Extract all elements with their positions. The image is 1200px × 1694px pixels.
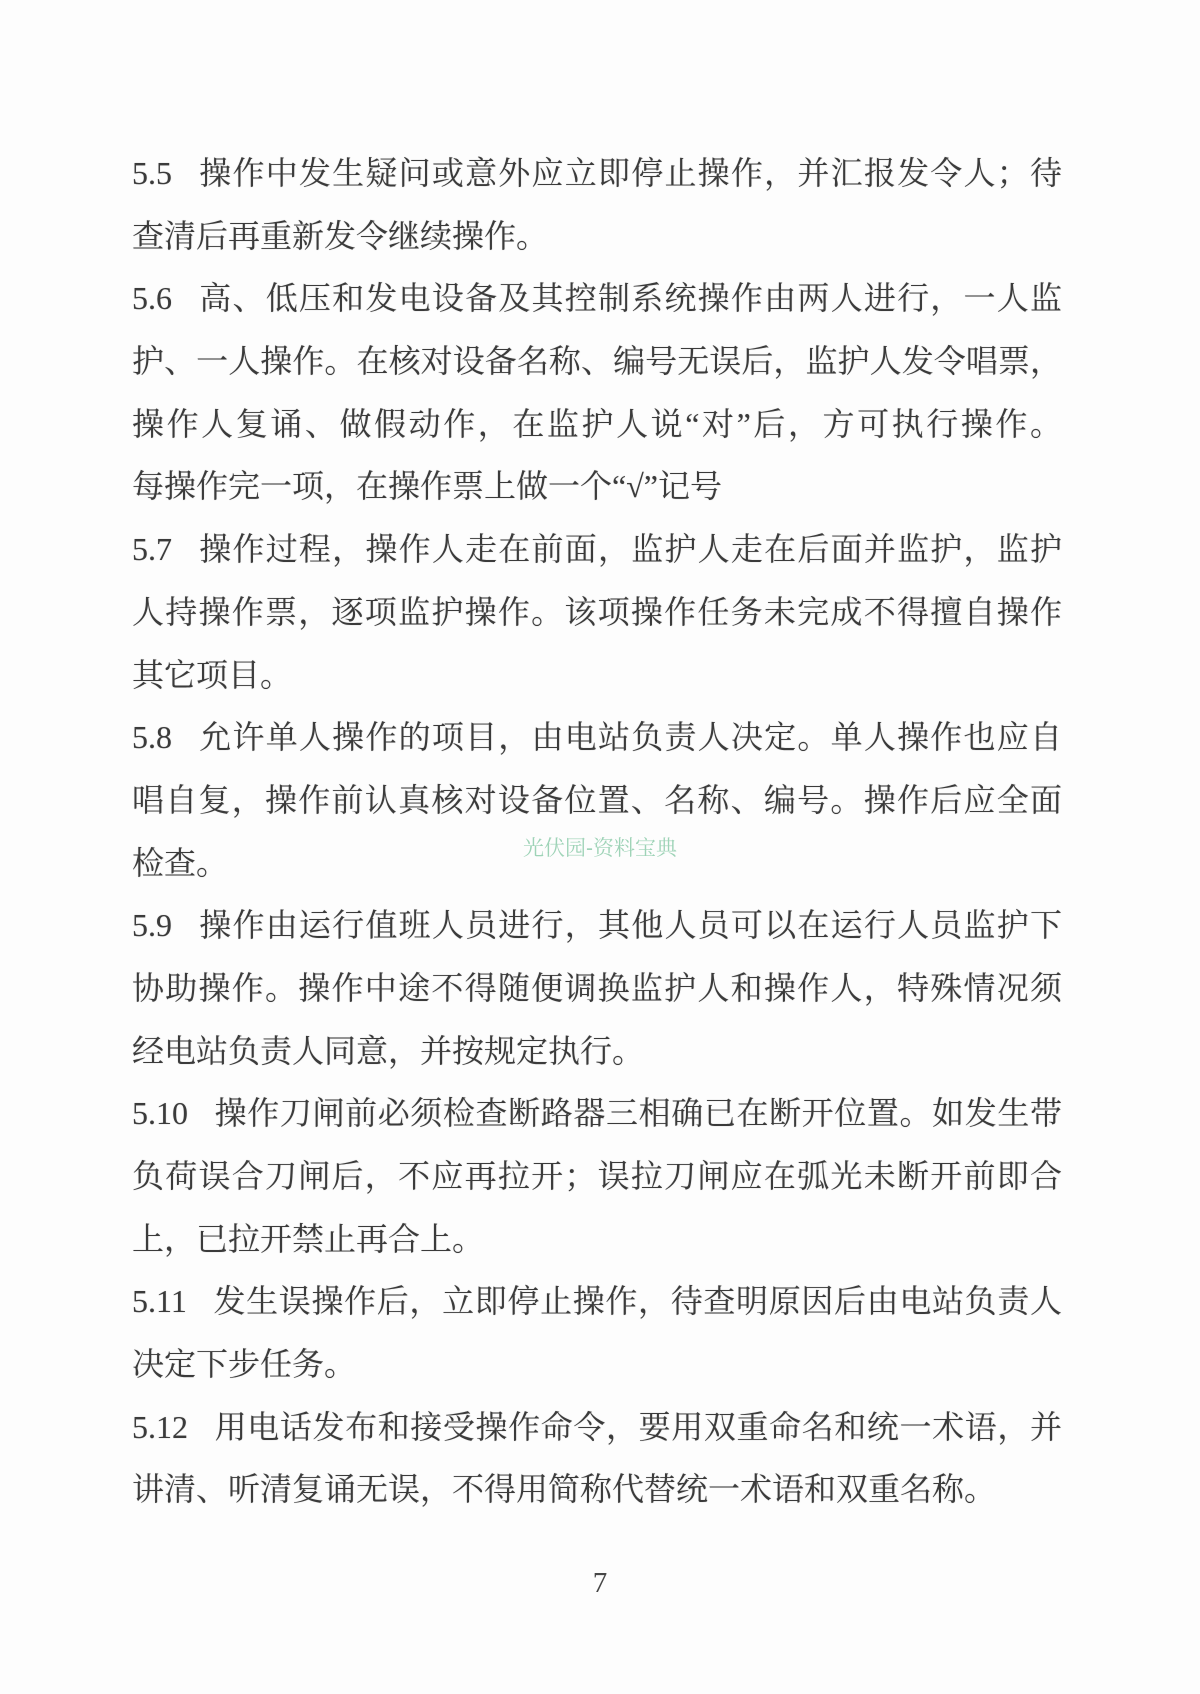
text-line: 5.8允许单人操作的项目，由电站负责人决定。单人操作也应自: [132, 706, 1062, 769]
line-text: 讲清、听清复诵无误，不得用简称代替统一术语和双重名称。: [132, 1471, 996, 1507]
text-line: 5.10操作刀闸前必须检查断路器三相确已在断开位置。如发生带: [132, 1082, 1062, 1145]
line-text: 操作刀闸前必须检查断路器三相确已在断开位置。如发生带: [214, 1095, 1062, 1131]
line-text: 允许单人操作的项目，由电站负责人决定。单人操作也应自: [198, 719, 1062, 755]
section-number: 5.6: [132, 280, 172, 316]
section-number: 5.12: [132, 1409, 188, 1445]
line-text: 负荷误合刀闸后，不应再拉开；误拉刀闸应在弧光未断开前即合: [132, 1158, 1062, 1194]
watermark-text: 光伏园-资料宝典: [0, 836, 1200, 862]
line-text: 护、一人操作。在核对设备名称、编号无误后，监护人发令唱票，: [132, 343, 1062, 379]
text-line: 操作人复诵、做假动作，在监护人说“对”后，方可执行操作。: [132, 393, 1062, 456]
text-line: 上，已拉开禁止再合上。: [132, 1208, 1062, 1271]
text-line: 5.7操作过程，操作人走在前面，监护人走在后面并监护，监护: [132, 518, 1062, 581]
line-text: 操作中发生疑问或意外应立即停止操作，并汇报发令人；待: [198, 155, 1062, 191]
line-text: 操作过程，操作人走在前面，监护人走在后面并监护，监护: [198, 531, 1062, 567]
section-number: 5.8: [132, 719, 172, 755]
section-number: 5.5: [132, 155, 172, 191]
section-number: 5.11: [132, 1283, 187, 1319]
page: { "doc": { "colors": { "background": "#f…: [0, 0, 1200, 1694]
text-line: 讲清、听清复诵无误，不得用简称代替统一术语和双重名称。: [132, 1458, 1062, 1521]
text-line: 5.12用电话发布和接受操作命令，要用双重命名和统一术语，并: [132, 1396, 1062, 1459]
line-text: 每操作完一项，在操作票上做一个“√”记号: [132, 468, 722, 504]
line-text: 操作人复诵、做假动作，在监护人说“对”后，方可执行操作。: [132, 406, 1062, 442]
text-line: 查清后再重新发令继续操作。: [132, 205, 1062, 268]
text-line: 5.6高、低压和发电设备及其控制系统操作由两人进行，一人监: [132, 267, 1062, 330]
text-line: 人持操作票，逐项监护操作。该项操作任务未完成不得擅自操作: [132, 581, 1062, 644]
text-line: 5.11发生误操作后，立即停止操作，待查明原因后由电站负责人: [132, 1270, 1062, 1333]
text-line: 护、一人操作。在核对设备名称、编号无误后，监护人发令唱票，: [132, 330, 1062, 393]
section-number: 5.9: [132, 907, 172, 943]
page-number: 7: [0, 1566, 1200, 1600]
line-text: 高、低压和发电设备及其控制系统操作由两人进行，一人监: [198, 280, 1062, 316]
text-line: 5.5操作中发生疑问或意外应立即停止操作，并汇报发令人；待: [132, 142, 1062, 205]
line-text: 决定下步任务。: [132, 1346, 356, 1382]
text-line: 唱自复，操作前认真核对设备位置、名称、编号。操作后应全面: [132, 769, 1062, 832]
line-text: 用电话发布和接受操作命令，要用双重命名和统一术语，并: [214, 1409, 1062, 1445]
line-text: 唱自复，操作前认真核对设备位置、名称、编号。操作后应全面: [132, 782, 1062, 818]
line-text: 经电站负责人同意，并按规定执行。: [132, 1033, 644, 1069]
document-body: 5.5操作中发生疑问或意外应立即停止操作，并汇报发令人；待 查清后再重新发令继续…: [132, 142, 1062, 1521]
text-line: 负荷误合刀闸后，不应再拉开；误拉刀闸应在弧光未断开前即合: [132, 1145, 1062, 1208]
line-text: 其它项目。: [132, 657, 292, 693]
line-text: 操作由运行值班人员进行，其他人员可以在运行人员监护下: [198, 907, 1062, 943]
text-line: 5.9操作由运行值班人员进行，其他人员可以在运行人员监护下: [132, 894, 1062, 957]
line-text: 上，已拉开禁止再合上。: [132, 1221, 484, 1257]
text-line: 决定下步任务。: [132, 1333, 1062, 1396]
line-text: 发生误操作后，立即停止操作，待查明原因后由电站负责人: [213, 1283, 1062, 1319]
text-line: 协助操作。操作中途不得随便调换监护人和操作人，特殊情况须: [132, 957, 1062, 1020]
section-number: 5.10: [132, 1095, 188, 1131]
line-text: 人持操作票，逐项监护操作。该项操作任务未完成不得擅自操作: [132, 594, 1062, 630]
text-line: 每操作完一项，在操作票上做一个“√”记号: [132, 455, 1062, 518]
line-text: 协助操作。操作中途不得随便调换监护人和操作人，特殊情况须: [132, 970, 1062, 1006]
line-text: 查清后再重新发令继续操作。: [132, 218, 548, 254]
section-number: 5.7: [132, 531, 172, 567]
text-line: 经电站负责人同意，并按规定执行。: [132, 1020, 1062, 1083]
text-line: 其它项目。: [132, 644, 1062, 707]
